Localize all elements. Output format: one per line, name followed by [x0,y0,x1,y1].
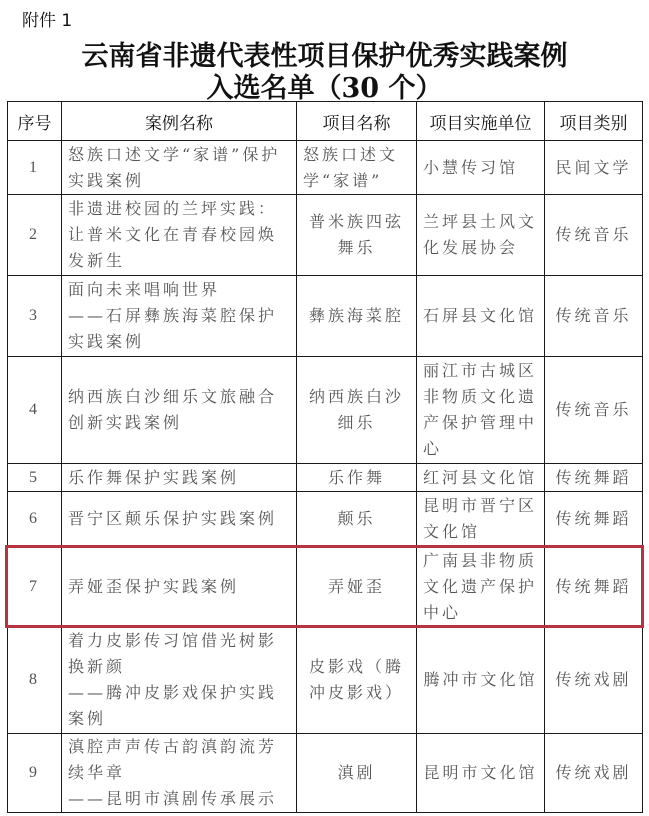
row-unit: 兰坪县土风文化发展协会 [417,195,545,276]
row-case-name: 滇腔声声传古韵滇韵流芳续华章 ——昆明市滇剧传承展示 [62,734,297,813]
row-unit: 小慧传习馆 [417,141,545,195]
row-case-name: 着力皮影传习馆借光树影换新颜 ——腾冲皮影戏保护实践案例 [62,627,297,734]
row-no: 9 [8,734,62,813]
row-case-name: 怒族口述文学“家谱”保护实践案例 [62,141,297,195]
row-category: 传统舞蹈 [545,492,643,547]
attachment-label: 附件 1 [22,6,72,31]
row-no: 8 [8,627,62,734]
header-case-name: 案例名称 [62,102,297,141]
row-category: 民间文学 [545,141,643,195]
table-row: 2 非遗进校园的兰坪实践：让普米文化在青春校园焕发新生 普米族四弦舞乐 兰坪县土… [8,195,643,276]
row-no: 3 [8,276,62,357]
row-project-name: 弄娅歪 [297,547,417,627]
selection-list-table: 序号 案例名称 项目名称 项目实施单位 项目类别 1 怒族口述文学“家谱”保护实… [7,101,643,813]
header-category: 项目类别 [545,102,643,141]
row-no: 5 [8,464,62,492]
row-unit: 广南县非物质文化遗产保护中心 [417,547,545,627]
row-unit: 腾冲市文化馆 [417,627,545,734]
row-no: 7 [8,547,62,627]
row-project-name: 颠乐 [297,492,417,547]
row-case-name: 面向未来唱响世界 ——石屏彝族海菜腔保护实践案例 [62,276,297,357]
table-row: 5 乐作舞保护实践案例 乐作舞 红河县文化馆 传统舞蹈 [8,464,643,492]
row-unit: 昆明市文化馆 [417,734,545,813]
table-row: 8 着力皮影传习馆借光树影换新颜 ——腾冲皮影戏保护实践案例 皮影戏（腾冲皮影戏… [8,627,643,734]
row-category: 传统舞蹈 [545,547,643,627]
row-category: 传统戏剧 [545,734,643,813]
row-category: 传统音乐 [545,357,643,464]
row-case-name: 晋宁区颠乐保护实践案例 [62,492,297,547]
header-implementing-unit: 项目实施单位 [417,102,545,141]
row-case-name: 非遗进校园的兰坪实践：让普米文化在青春校园焕发新生 [62,195,297,276]
row-project-name: 纳西族白沙细乐 [297,357,417,464]
table-row: 4 纳西族白沙细乐文旅融合创新实践案例 纳西族白沙细乐 丽江市古城区非物质文化遗… [8,357,643,464]
row-case-name: 弄娅歪保护实践案例 [62,547,297,627]
row-project-name: 彝族海菜腔 [297,276,417,357]
row-unit: 石屏县文化馆 [417,276,545,357]
row-no: 2 [8,195,62,276]
row-project-name: 怒族口述文学“家谱” [297,141,417,195]
row-unit: 红河县文化馆 [417,464,545,492]
table-row: 6 晋宁区颠乐保护实践案例 颠乐 昆明市晋宁区文化馆 传统舞蹈 [8,492,643,547]
table-row: 9 滇腔声声传古韵滇韵流芳续华章 ——昆明市滇剧传承展示 滇剧 昆明市文化馆 传… [8,734,643,813]
document-subtitle: 入选名单（30 个） [0,66,649,105]
row-category: 传统音乐 [545,276,643,357]
row-no: 1 [8,141,62,195]
row-category: 传统戏剧 [545,627,643,734]
table-row-highlighted: 7 弄娅歪保护实践案例 弄娅歪 广南县非物质文化遗产保护中心 传统舞蹈 [8,547,643,627]
row-no: 6 [8,492,62,547]
row-unit: 昆明市晋宁区文化馆 [417,492,545,547]
table-row: 1 怒族口述文学“家谱”保护实践案例 怒族口述文学“家谱” 小慧传习馆 民间文学 [8,141,643,195]
row-category: 传统舞蹈 [545,464,643,492]
header-no: 序号 [8,102,62,141]
table-header-row: 序号 案例名称 项目名称 项目实施单位 项目类别 [8,102,643,141]
table-row: 3 面向未来唱响世界 ——石屏彝族海菜腔保护实践案例 彝族海菜腔 石屏县文化馆 … [8,276,643,357]
header-project-name: 项目名称 [297,102,417,141]
row-project-name: 乐作舞 [297,464,417,492]
row-category: 传统音乐 [545,195,643,276]
row-project-name: 滇剧 [297,734,417,813]
row-unit: 丽江市古城区非物质文化遗产保护管理中心 [417,357,545,464]
row-case-name: 乐作舞保护实践案例 [62,464,297,492]
row-case-name: 纳西族白沙细乐文旅融合创新实践案例 [62,357,297,464]
row-project-name: 皮影戏（腾冲皮影戏） [297,627,417,734]
row-no: 4 [8,357,62,464]
row-project-name: 普米族四弦舞乐 [297,195,417,276]
